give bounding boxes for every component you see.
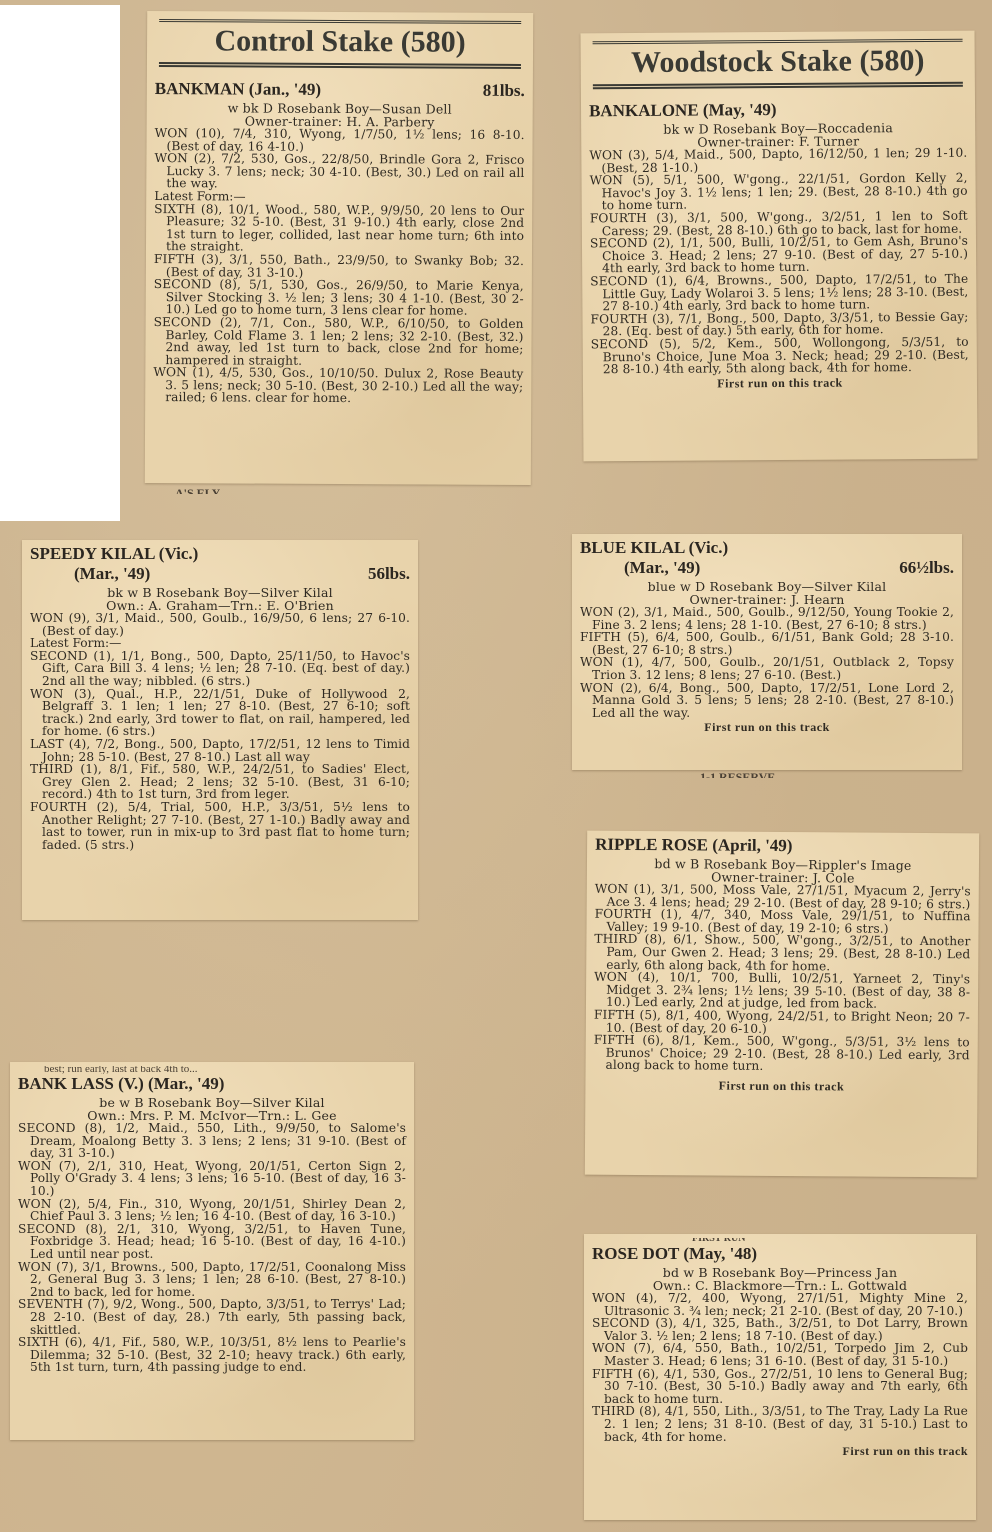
clipping-control-stake: Control Stake (580) BANKMAN (Jan., '49) … xyxy=(145,11,533,485)
form-line: SEVENTH (7), 9/2, Wong., 500, Dapto, 3/3… xyxy=(18,1298,406,1336)
form-line: THIRD (1), 8/1, Fif., 580, W.P., 24/2/51… xyxy=(30,763,410,801)
dog-heading: BANKALONE (May, '49) xyxy=(589,99,967,122)
form-line: WON (5), 5/1, 500, W'gong., 22/1/51, Gor… xyxy=(589,172,967,212)
dog-name: BANKALONE (May, '49) xyxy=(589,100,777,121)
form-line: SECOND (8), 5/1, 530, Gos., 26/9/50, to … xyxy=(154,278,524,318)
dog-subheading: (Mar., '49) 66½lbs. xyxy=(580,558,954,578)
first-run-note: First run on this track xyxy=(592,1444,968,1459)
form-line: SECOND (2), 1/1, 500, Bulli, 10/2/51, to… xyxy=(590,235,968,275)
dog-heading: BANK LASS (V.) (Mar., '49) xyxy=(18,1074,406,1094)
form-lines: SIXTH (8), 10/1, Wood., 580, W.P., 9/9/5… xyxy=(153,203,524,406)
dog-name: BANKMAN (Jan., '49) xyxy=(155,79,321,100)
dog-name: RIPPLE ROSE (April, '49) xyxy=(595,835,793,856)
form-line: SECOND (5), 5/2, Kem., 500, Wollongong, … xyxy=(591,336,969,376)
dog-born: (Mar., '49) xyxy=(624,558,700,578)
clipping-ripple-rose: RIPPLE ROSE (April, '49) bd w B Rosebank… xyxy=(585,831,979,1178)
form-line: SECOND (8), 1/2, Maid., 550, Lith., 9/9/… xyxy=(18,1122,406,1160)
clipping-bank-lass: best; run early, last at back 4th to... … xyxy=(10,1062,414,1440)
form-lines: WON (4), 7/2, 400, Wyong, 27/1/51, Might… xyxy=(592,1292,968,1443)
form-line: WON (9), 3/1, Maid., 500, Goulb., 16/9/5… xyxy=(30,612,410,637)
dog-weight: 66½lbs. xyxy=(899,558,954,578)
form-line: FOURTH (3), 7/1, Bong., 500, Dapto, 3/3/… xyxy=(590,310,968,338)
blank-white-area xyxy=(0,5,120,521)
runs-before: WON (10), 7/4, 310, Wyong, 1/7/50, 1½ le… xyxy=(154,127,524,192)
torn-fragment: 1-1 RESERVE xyxy=(700,770,775,778)
form-line: THIRD (8), 4/1, 550, Lith., 3/3/51, to T… xyxy=(592,1405,968,1443)
form-line: WON (2), 5/4, Fin., 310, Wyong, 20/1/51,… xyxy=(18,1198,406,1223)
form-line: THIRD (8), 6/1, Show., 500, W'gong., 3/2… xyxy=(594,933,970,973)
form-line: SECOND (8), 2/1, 310, Wyong, 3/2/51, to … xyxy=(18,1223,406,1261)
form-lines: WON (1), 3/1, 500, Moss Vale, 27/1/51, M… xyxy=(594,883,971,1075)
dog-name: BLUE KILAL (Vic.) xyxy=(580,538,728,558)
dog-heading: RIPPLE ROSE (April, '49) xyxy=(595,835,971,858)
dog-weight: 56lbs. xyxy=(368,564,410,584)
dog-weight: 81lbs. xyxy=(483,81,525,101)
form-line: FIFTH (3), 3/1, 550, Bath., 23/9/50, to … xyxy=(154,253,524,280)
form-line: WON (7), 3/1, Browns., 500, Dapto, 17/2/… xyxy=(18,1261,406,1299)
form-line: WON (2), 6/4, Bong., 500, Dapto, 17/2/51… xyxy=(580,682,954,720)
clipping-woodstock-stake: Woodstock Stake (580) BANKALONE (May, '4… xyxy=(581,31,978,462)
form-line: WON (4), 10/1, 700, Bulli, 10/2/51, Yarn… xyxy=(594,971,970,1011)
dog-name: BANK LASS (V.) (Mar., '49) xyxy=(18,1074,224,1094)
runs-before: WON (9), 3/1, Maid., 500, Goulb., 16/9/5… xyxy=(30,612,410,637)
dog-heading: SPEEDY KILAL (Vic.) xyxy=(30,544,410,564)
first-run-note: First run on this track xyxy=(580,720,954,735)
form-line: SECOND (2), 7/1, Con., 580, W.P., 6/10/5… xyxy=(153,316,523,368)
form-lines: SECOND (8), 1/2, Maid., 550, Lith., 9/9/… xyxy=(18,1122,406,1374)
form-line: WON (4), 7/2, 400, Wyong, 27/1/51, Might… xyxy=(592,1292,968,1317)
torn-fragment: best; run early, last at back 4th to... xyxy=(18,1066,406,1074)
first-run-note: First run on this track xyxy=(591,374,969,392)
form-line: SIXTH (8), 10/1, Wood., 580, W.P., 9/9/5… xyxy=(154,203,524,255)
first-run-note: First run on this track xyxy=(593,1078,969,1096)
latest-form-label: Latest Form:— xyxy=(30,637,410,650)
form-lines: WON (3), 5/4, Maid., 500, Dapto, 16/12/5… xyxy=(589,147,969,376)
torn-fragment: A'S ELY xyxy=(175,486,220,494)
form-line: FIFTH (5), 6/4, 500, Goulb., 6/1/51, Ban… xyxy=(580,631,954,656)
form-line: WON (7), 2/1, 310, Heat, Wyong, 20/1/51,… xyxy=(18,1160,406,1198)
form-line: WON (1), 4/5, 530, Gos., 10/10/50. Dulux… xyxy=(153,366,523,406)
form-line: WON (7), 6/4, 550, Bath., 10/2/51, Torpe… xyxy=(592,1342,968,1367)
clipping-rose-dot: FIRST RUN ROSE DOT (May, '48) bd w B Ros… xyxy=(584,1234,976,1520)
form-lines: SECOND (1), 1/1, Bong., 500, Dapto, 25/1… xyxy=(30,650,410,852)
form-line: WON (1), 4/7, 500, Goulb., 20/1/51, Outb… xyxy=(580,656,954,681)
form-line: SECOND (1), 1/1, Bong., 500, Dapto, 25/1… xyxy=(30,650,410,688)
form-line: LAST (4), 7/2, Bong., 500, Dapto, 17/2/5… xyxy=(30,738,410,763)
form-line: SECOND (1), 6/4, Browns., 500, Dapto, 17… xyxy=(590,273,968,313)
form-line: WON (2), 3/1, Maid., 500, Goulb., 9/12/5… xyxy=(580,606,954,631)
form-line: WON (3), Qual., H.P., 22/1/51, Duke of H… xyxy=(30,688,410,738)
form-line: FOURTH (2), 5/4, Trial, 500, H.P., 3/3/5… xyxy=(30,801,410,851)
stake-title: Woodstock Stake (580) xyxy=(593,39,963,90)
dog-name: ROSE DOT (May, '48) xyxy=(592,1244,757,1264)
form-line: FIFTH (6), 4/1, 530, Gos., 27/2/51, 10 l… xyxy=(592,1368,968,1406)
dog-born: (Mar., '49) xyxy=(74,564,150,584)
clipping-speedy-kilal: SPEEDY KILAL (Vic.) (Mar., '49) 56lbs. b… xyxy=(22,540,418,920)
clipping-blue-kilal: BLUE KILAL (Vic.) (Mar., '49) 66½lbs. bl… xyxy=(572,534,962,770)
form-lines: WON (2), 3/1, Maid., 500, Goulb., 9/12/5… xyxy=(580,606,954,719)
form-line: WON (10), 7/4, 310, Wyong, 1/7/50, 1½ le… xyxy=(154,127,524,154)
dog-heading: BANKMAN (Jan., '49) 81lbs. xyxy=(155,79,525,101)
form-line: WON (2), 7/2, 530, Gos., 22/8/50, Brindl… xyxy=(154,152,524,192)
dog-heading: BLUE KILAL (Vic.) xyxy=(580,538,954,558)
form-line: FIFTH (6), 8/1, Kem., 500, W'gong., 5/3/… xyxy=(594,1034,970,1074)
stake-title: Control Stake (580) xyxy=(159,19,521,69)
form-line: SIXTH (6), 4/1, Fif., 580, W.P., 10/3/51… xyxy=(18,1336,406,1374)
form-line: SECOND (3), 4/1, 325, Bath., 3/2/51, to … xyxy=(592,1317,968,1342)
dog-name: SPEEDY KILAL (Vic.) xyxy=(30,544,198,564)
dog-subheading: (Mar., '49) 56lbs. xyxy=(30,564,410,584)
dog-heading: ROSE DOT (May, '48) xyxy=(592,1244,968,1264)
